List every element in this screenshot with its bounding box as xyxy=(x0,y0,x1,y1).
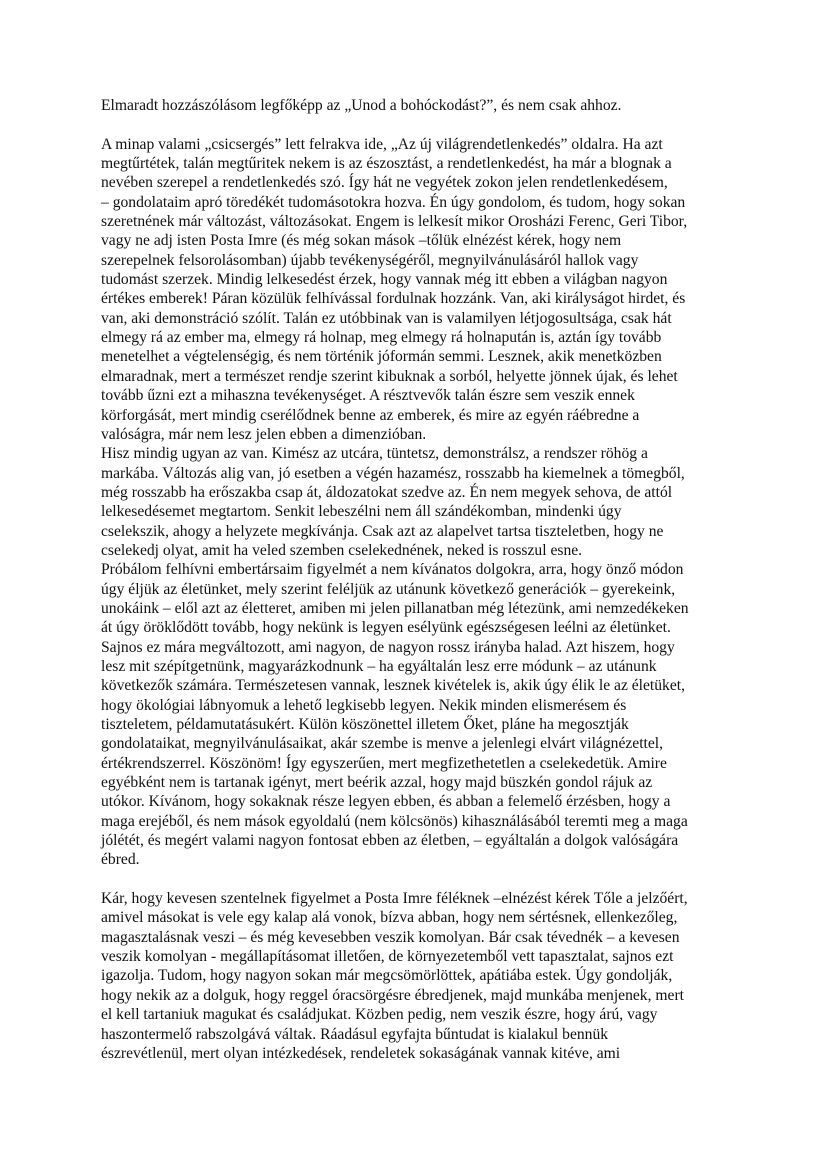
text-line: tudomást szerzek. Mindig lelkesedést érz… xyxy=(101,270,741,289)
text-line: jólétét, és megért valami nagyon fontosa… xyxy=(101,831,741,850)
paragraph-gap xyxy=(101,870,741,889)
text-line: amivel másokat is vele egy kalap alá von… xyxy=(101,908,741,927)
text-line: markába. Változás alig van, jó esetben a… xyxy=(101,464,741,483)
text-line: elmaradnak, mert a természet rendje szer… xyxy=(101,367,741,386)
text-line: valóságra, már nem lesz jelen ebben a di… xyxy=(101,425,741,444)
text-line: át úgy öröklődött tovább, hogy nekünk is… xyxy=(101,618,741,637)
text-line: körforgását, mert mindig cserélődnek ben… xyxy=(101,406,741,425)
text-line: vagy ne adj isten Posta Imre (és még sok… xyxy=(101,231,741,250)
text-line: észrevétlenül, mert olyan intézkedések, … xyxy=(101,1044,741,1063)
text-line: tiszteletem, példamutatásukért. Külön kö… xyxy=(101,715,741,734)
text-line: maga erejéből, és nem mások egyoldalú (n… xyxy=(101,812,741,831)
text-line: cselekszik, ahogy a helyzete megkívánja.… xyxy=(101,522,741,541)
text-line: magasztalásnak veszi – és még kevesebben… xyxy=(101,928,741,947)
text-line: gondolataikat, megnyilvánulásaikat, akár… xyxy=(101,734,741,753)
text-line: Sajnos ez mára megváltozott, ami nagyon,… xyxy=(101,638,741,657)
text-line: utókor. Kívánom, hogy sokaknak része leg… xyxy=(101,792,741,811)
text-line: nevében szerepel a rendetlenkedés szó. Í… xyxy=(101,173,741,192)
text-line: Kár, hogy kevesen szentelnek figyelmet a… xyxy=(101,889,741,908)
paragraph: Kár, hogy kevesen szentelnek figyelmet a… xyxy=(101,889,741,1063)
text-line: még rosszabb ha erőszakba csap át, áldoz… xyxy=(101,483,741,502)
text-line: értékes emberek! Páran közülük felhíváss… xyxy=(101,289,741,308)
text-line: lesz mit szépítgetnünk, magyarázkodnunk … xyxy=(101,657,741,676)
paragraph: A minap valami „csicsergés” lett felrakv… xyxy=(101,135,741,870)
text-line: – gondolataim apró töredékét tudomásotok… xyxy=(101,193,741,212)
text-line: megtűrtétek, talán megtűritek nekem is a… xyxy=(101,154,741,173)
text-line: veszik komolyan - megállapításomat illet… xyxy=(101,947,741,966)
paragraph: Elmaradt hozzászólásom legfőképp az „Uno… xyxy=(101,96,741,115)
text-line: elmegy rá az ember ma, elmegy rá holnap,… xyxy=(101,328,741,347)
text-line: van, aki demonstráció szólít. Talán ez u… xyxy=(101,309,741,328)
text-line: egyébként nem is tartanak igényt, mert b… xyxy=(101,773,741,792)
text-line: haszontermelő rabszolgává váltak. Ráadás… xyxy=(101,1025,741,1044)
text-line: hogy nekik az a dolguk, hogy reggel órac… xyxy=(101,986,741,1005)
text-line: tovább űzni ezt a mihaszna tevékenységet… xyxy=(101,386,741,405)
text-line: igazolja. Tudom, hogy nagyon sokan már m… xyxy=(101,966,741,985)
text-line: úgy éljük az életünket, mely szerint fel… xyxy=(101,580,741,599)
text-line: szerepelnek felsorolásomban) újabb tevék… xyxy=(101,251,741,270)
text-line: ébred. xyxy=(101,850,741,869)
paragraph-gap xyxy=(101,115,741,134)
text-line: szeretnének már változást, változásokat.… xyxy=(101,212,741,231)
text-line: el kell tartaniuk magukat és családjukat… xyxy=(101,1005,741,1024)
text-line: hogy ökológiai lábnyomuk a lehető legkis… xyxy=(101,696,741,715)
text-line: A minap valami „csicsergés” lett felrakv… xyxy=(101,135,741,154)
text-line: Próbálom felhívni embertársaim figyelmét… xyxy=(101,560,741,579)
text-line: menetelhet a végtelenségig, és nem törté… xyxy=(101,347,741,366)
text-line: Hisz mindig ugyan az van. Kimész az utcá… xyxy=(101,444,741,463)
text-line: értékrendszerrel. Köszönöm! Így egyszerű… xyxy=(101,754,741,773)
text-line: következők számára. Természetesen vannak… xyxy=(101,676,741,695)
text-line: cselekedj olyat, amit ha veled szemben c… xyxy=(101,541,741,560)
text-line: Elmaradt hozzászólásom legfőképp az „Uno… xyxy=(101,96,741,115)
document-page: Elmaradt hozzászólásom legfőképp az „Uno… xyxy=(101,96,741,1063)
text-line: lelkesedésemet megtartom. Senkit lebeszé… xyxy=(101,502,741,521)
text-line: unokáink – elől azt az életteret, amiben… xyxy=(101,599,741,618)
